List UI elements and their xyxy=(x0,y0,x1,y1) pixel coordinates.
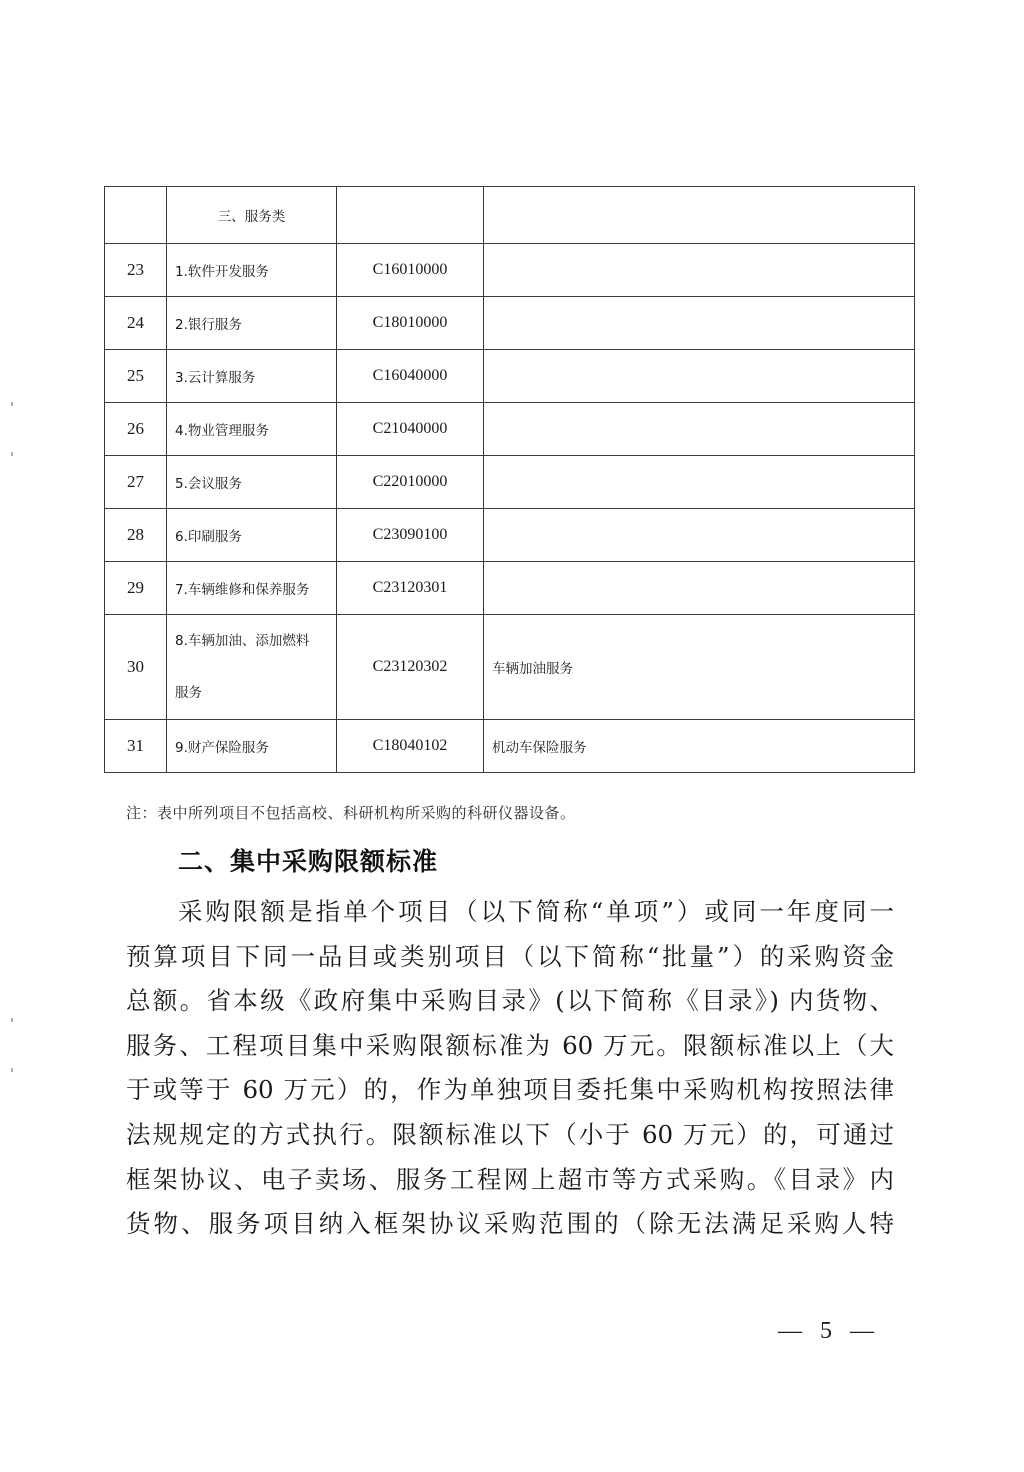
body-line: 采购限额是指单个项目（以下简称“单项”）或同一年度同一 xyxy=(126,890,894,935)
item-code: C16040000 xyxy=(337,350,484,403)
table-row: 23 1.软件开发服务 C16010000 xyxy=(105,244,915,297)
table-row: 27 5.会议服务 C22010000 xyxy=(105,456,915,509)
code-cell xyxy=(337,187,484,244)
item-remark: 车辆加油服务 xyxy=(484,615,915,720)
item-remark xyxy=(484,244,915,297)
table-row: 26 4.物业管理服务 C21040000 xyxy=(105,403,915,456)
row-index: 30 xyxy=(105,615,167,720)
item-code: C23090100 xyxy=(337,509,484,562)
item-remark: 机动车保险服务 xyxy=(484,720,915,773)
item-name: 6.印刷服务 xyxy=(167,509,337,562)
procurement-catalog-table: 三、服务类 23 1.软件开发服务 C16010000 24 2.银行服务 C1… xyxy=(104,186,914,773)
item-name: 9.财产保险服务 xyxy=(167,720,337,773)
item-code: C23120302 xyxy=(337,615,484,720)
item-code: C18040102 xyxy=(337,720,484,773)
item-remark xyxy=(484,562,915,615)
item-code: C16010000 xyxy=(337,244,484,297)
table-row: 24 2.银行服务 C18010000 xyxy=(105,297,915,350)
item-code: C21040000 xyxy=(337,403,484,456)
body-line: 预算项目下同一品目或类别项目（以下简称“批量”）的采购资金 xyxy=(126,935,894,980)
page-number: — 5 — xyxy=(778,1318,880,1345)
row-index: 27 xyxy=(105,456,167,509)
item-name: 2.银行服务 xyxy=(167,297,337,350)
item-name-line: 8.车辆加油、添加燃料 xyxy=(175,615,336,667)
margin-mark xyxy=(11,1068,13,1072)
body-line: 服务、工程项目集中采购限额标准为 60 万元。限额标准以上（大 xyxy=(126,1024,894,1069)
index-cell xyxy=(105,187,167,244)
row-index: 24 xyxy=(105,297,167,350)
document-page: 三、服务类 23 1.软件开发服务 C16010000 24 2.银行服务 C1… xyxy=(0,0,1024,1472)
table-row: 28 6.印刷服务 C23090100 xyxy=(105,509,915,562)
category-label: 三、服务类 xyxy=(167,187,337,244)
body-line: 框架协议、电子卖场、服务工程网上超市等方式采购。《目录》内 xyxy=(126,1158,894,1203)
row-index: 28 xyxy=(105,509,167,562)
item-name: 1.软件开发服务 xyxy=(167,244,337,297)
item-code: C22010000 xyxy=(337,456,484,509)
item-remark xyxy=(484,350,915,403)
item-code: C23120301 xyxy=(337,562,484,615)
remark-cell xyxy=(484,187,915,244)
table-note: 注：表中所列项目不包括高校、科研机构所采购的科研仪器设备。 xyxy=(126,802,576,823)
table-row: 30 8.车辆加油、添加燃料 服务 C23120302 车辆加油服务 xyxy=(105,615,915,720)
margin-mark xyxy=(11,452,13,456)
row-index: 25 xyxy=(105,350,167,403)
item-name: 7.车辆维修和保养服务 xyxy=(167,562,337,615)
item-name: 3.云计算服务 xyxy=(167,350,337,403)
item-remark xyxy=(484,403,915,456)
item-remark xyxy=(484,297,915,350)
row-index: 26 xyxy=(105,403,167,456)
item-name: 5.会议服务 xyxy=(167,456,337,509)
item-remark xyxy=(484,509,915,562)
row-index: 31 xyxy=(105,720,167,773)
item-name: 8.车辆加油、添加燃料 服务 xyxy=(167,615,337,720)
body-line: 总额。省本级《政府集中采购目录》(以下简称《目录》) 内货物、 xyxy=(126,979,894,1024)
body-line: 货物、服务项目纳入框架协议采购范围的（除无法满足采购人特 xyxy=(126,1202,894,1247)
row-index: 29 xyxy=(105,562,167,615)
item-name: 4.物业管理服务 xyxy=(167,403,337,456)
body-line: 法规规定的方式执行。限额标准以下（小于 60 万元）的，可通过 xyxy=(126,1113,894,1158)
table-row: 25 3.云计算服务 C16040000 xyxy=(105,350,915,403)
item-code: C18010000 xyxy=(337,297,484,350)
table-row: 29 7.车辆维修和保养服务 C23120301 xyxy=(105,562,915,615)
margin-mark xyxy=(11,402,13,406)
category-row: 三、服务类 xyxy=(105,187,915,244)
section-heading: 二、集中采购限额标准 xyxy=(178,842,438,878)
body-line: 于或等于 60 万元）的，作为单独项目委托集中采购机构按照法律 xyxy=(126,1068,894,1113)
item-name-line: 服务 xyxy=(175,667,336,719)
section-body: 采购限额是指单个项目（以下简称“单项”）或同一年度同一 预算项目下同一品目或类别… xyxy=(126,890,894,1247)
margin-mark xyxy=(11,1018,13,1022)
item-remark xyxy=(484,456,915,509)
row-index: 23 xyxy=(105,244,167,297)
table-row: 31 9.财产保险服务 C18040102 机动车保险服务 xyxy=(105,720,915,773)
